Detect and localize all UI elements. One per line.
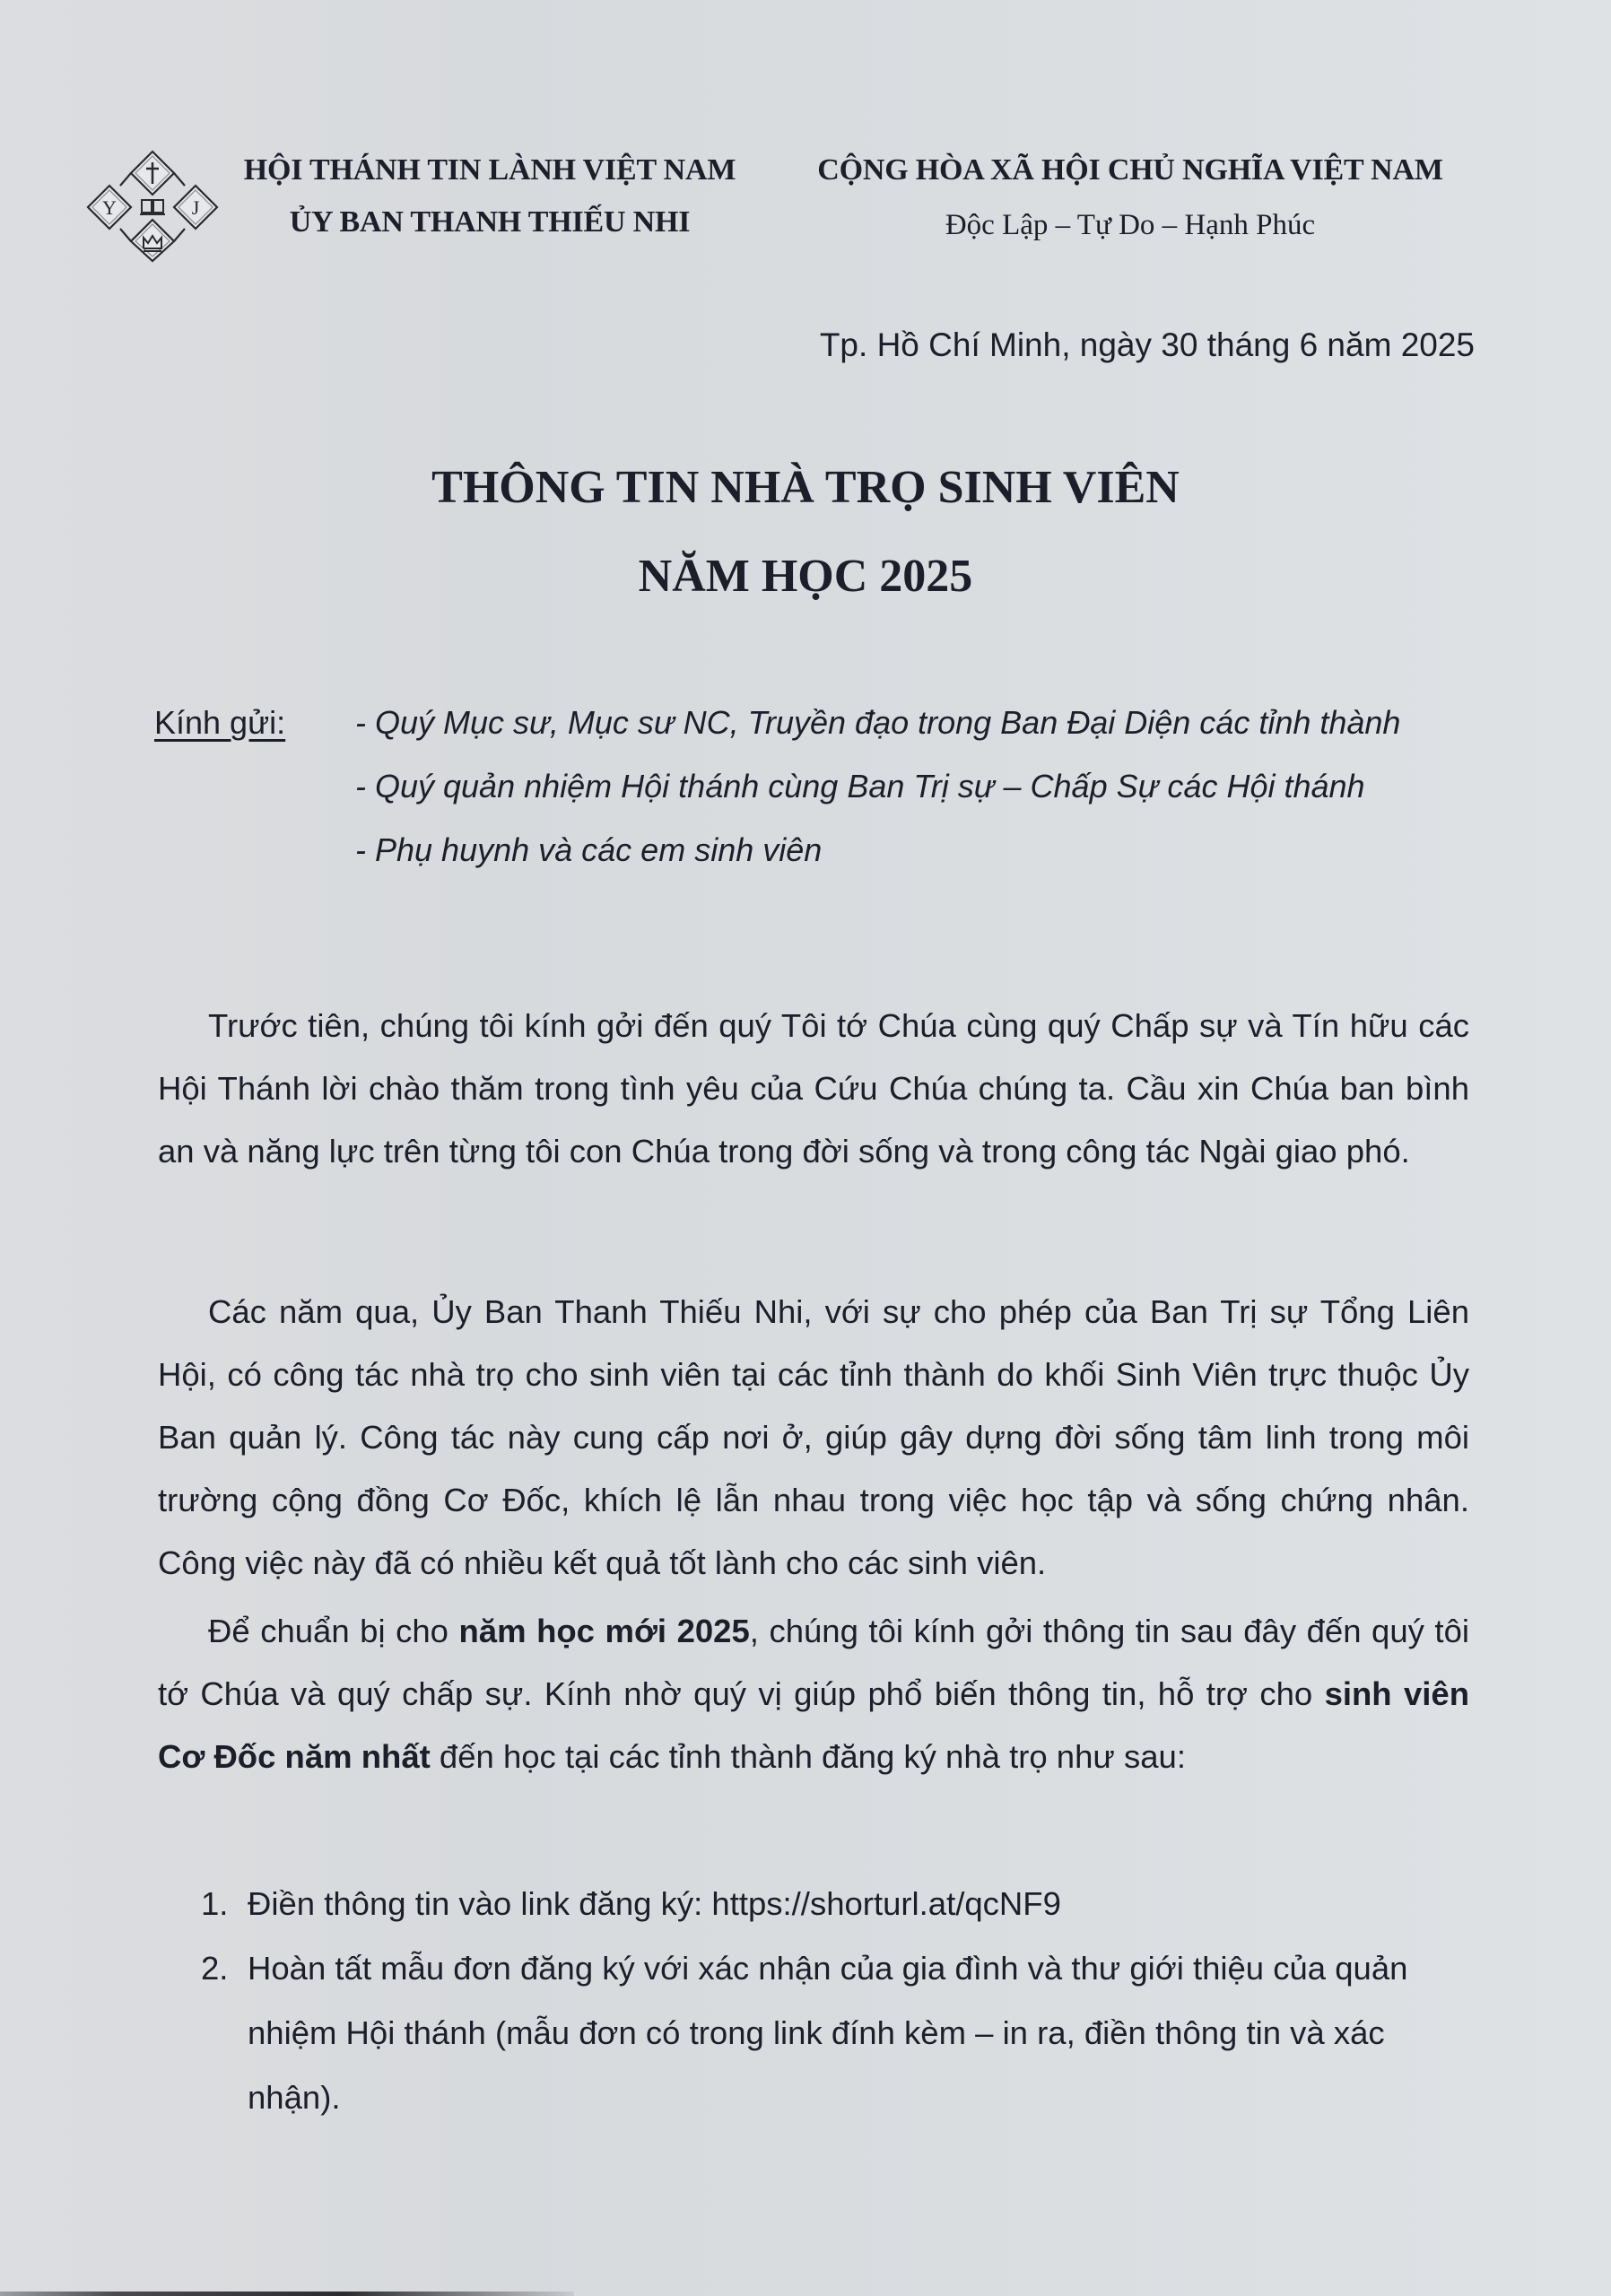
date-line: Tp. Hồ Chí Minh, ngày 30 tháng 6 năm 202… bbox=[820, 326, 1475, 365]
step-text: Hoàn tất mẫu đơn đăng ký với xác nhận củ… bbox=[248, 1950, 1407, 2116]
step-number: 1. bbox=[201, 1872, 228, 1936]
svg-text:Y: Y bbox=[102, 196, 117, 219]
national-motto: Độc Lập – Tự Do – Hạnh Phúc bbox=[780, 211, 1480, 240]
country-name: CỘNG HÒA XÃ HỘI CHỦ NGHĨA VIỆT NAM bbox=[780, 155, 1480, 186]
recipient-item: - Quý Mục sư, Mục sư NC, Truyền đạo tron… bbox=[355, 703, 1400, 742]
committee-name: ỦY BAN THANH THIẾU NHI bbox=[221, 207, 759, 238]
greeting-paragraph: Trước tiên, chúng tôi kính gởi đến quý T… bbox=[158, 995, 1469, 1183]
background-paragraph: Các năm qua, Ủy Ban Thanh Thiếu Nhi, với… bbox=[158, 1281, 1469, 1595]
recipient-item: - Phụ huynh và các em sinh viên bbox=[355, 831, 822, 869]
organization-name: HỘI THÁNH TIN LÀNH VIỆT NAM bbox=[221, 155, 759, 186]
church-emblem-icon: Y J bbox=[86, 148, 219, 263]
svg-text:J: J bbox=[192, 196, 200, 219]
recipients-label: Kính gửi: bbox=[154, 703, 285, 742]
recipient-item: - Quý quản nhiệm Hội thánh cùng Ban Trị … bbox=[355, 767, 1365, 805]
step-item: 2. Hoàn tất mẫu đơn đăng ký với xác nhận… bbox=[197, 1936, 1471, 2130]
document-title: THÔNG TIN NHÀ TRỌ SINH VIÊN bbox=[0, 465, 1611, 511]
request-text: Để chuẩn bị cho bbox=[208, 1613, 459, 1649]
step-item: 1. Điền thông tin vào link đăng ký: http… bbox=[197, 1872, 1471, 1936]
page-edge-shadow bbox=[0, 2292, 574, 2296]
emphasis-school-year: năm học mới 2025 bbox=[459, 1613, 750, 1649]
step-number: 2. bbox=[201, 1936, 228, 2001]
request-paragraph: Để chuẩn bị cho năm học mới 2025, chúng … bbox=[158, 1600, 1469, 1788]
registration-steps: 1. Điền thông tin vào link đăng ký: http… bbox=[197, 1872, 1471, 2130]
step-text: Điền thông tin vào link đăng ký: https:/… bbox=[248, 1885, 1061, 1922]
document-subtitle: NĂM HỌC 2025 bbox=[0, 553, 1611, 600]
document-page: Y J HỘI THÁNH TIN LÀNH VIỆT NAM ỦY BAN T… bbox=[0, 0, 1611, 2296]
request-text: đến học tại các tỉnh thành đăng ký nhà t… bbox=[431, 1738, 1186, 1775]
